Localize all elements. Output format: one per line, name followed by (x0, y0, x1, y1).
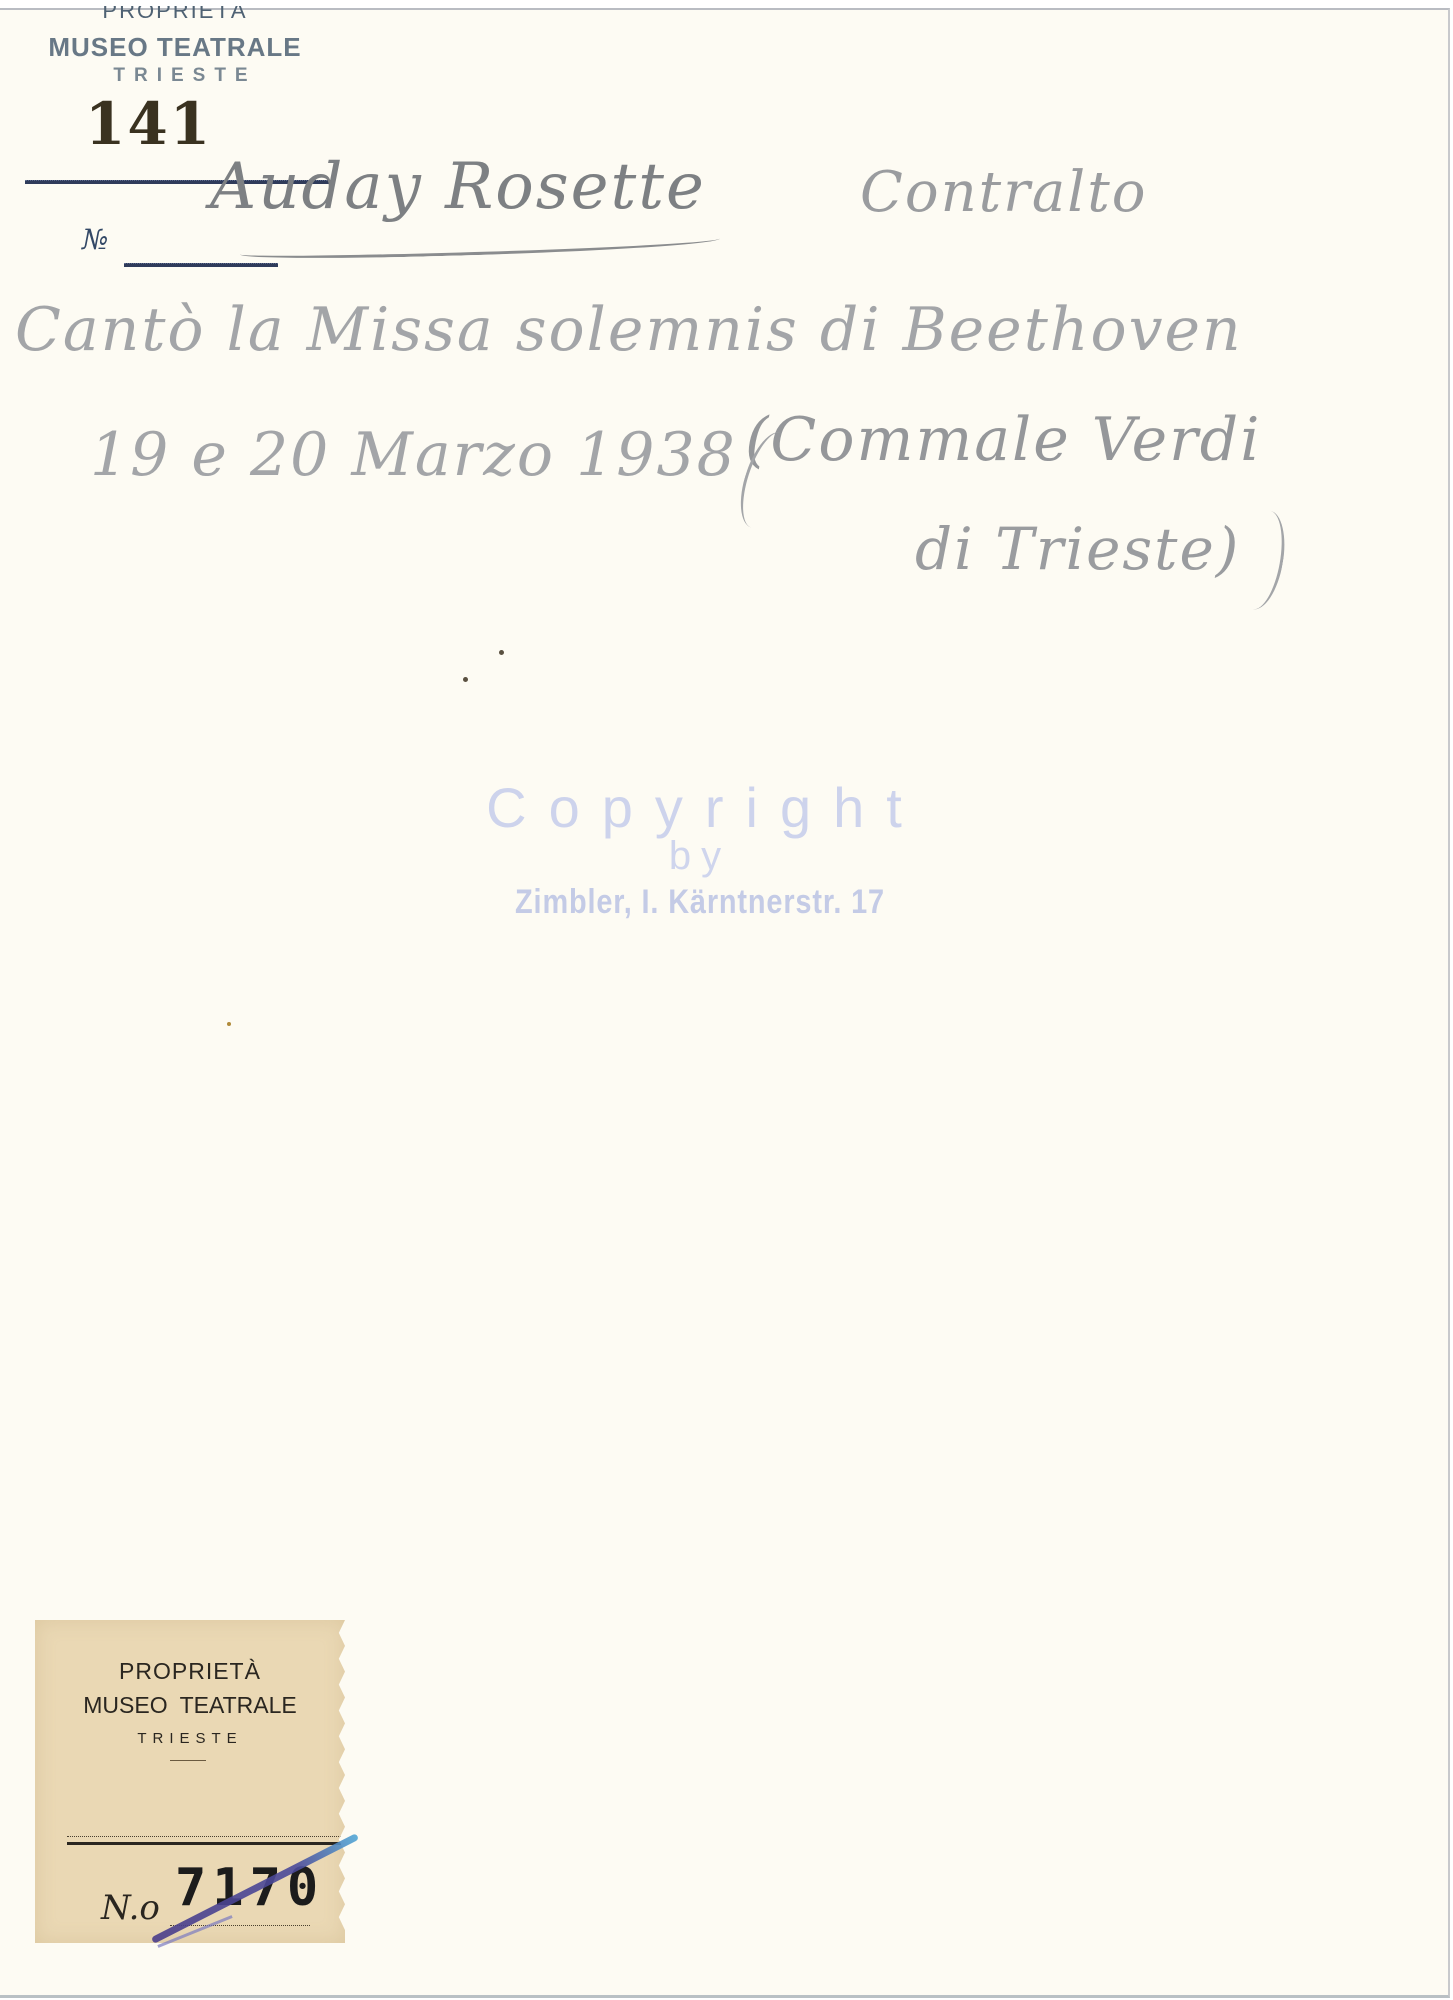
label-city: TRIESTE (35, 1730, 345, 1747)
stamp-museum-name: MUSEO TEATRALE (40, 32, 310, 63)
photo-verso-sheet: PROPRIETÀ MUSEO TEATRALE TRIESTE 141 № A… (0, 8, 1450, 1998)
handwritten-paren-close (1232, 507, 1292, 613)
name-underline-swash (240, 232, 720, 262)
handwritten-singer-name: Auday Rosette (210, 150, 706, 224)
paper-speck (463, 677, 468, 682)
copyright-word: Copyright (470, 775, 940, 840)
label-museum-name: MUSEO TEATRALE (35, 1692, 345, 1719)
handwritten-venue-line1: (Commale Verdi (745, 405, 1261, 475)
stamp-city: TRIESTE (60, 65, 310, 87)
stamp-proprieta-cut: PROPRIETÀ (40, 6, 310, 18)
label-dotted-rule (67, 1836, 341, 1837)
handwritten-paren-open (731, 426, 803, 534)
museum-ownership-stamp-top: PROPRIETÀ MUSEO TEATRALE TRIESTE (40, 10, 310, 87)
label-short-rule (170, 1760, 206, 1761)
photographer-copyright-stamp: Copyright by Zimbler, I. Kärntnerstr. 17 (460, 775, 940, 922)
photographer-address: Zimbler, I. Kärntnerstr. 17 (496, 883, 904, 922)
handwritten-dates: 19 e 20 Marzo 1938 (90, 420, 737, 490)
museum-property-label: PROPRIETÀ MUSEO TEATRALE TRIESTE N.o 717… (35, 1620, 345, 1943)
copyright-by: by (460, 834, 940, 879)
number-field-label: № (82, 223, 109, 256)
paper-speck (227, 1022, 231, 1026)
paper-speck (499, 650, 504, 655)
handwritten-voice-type: Contralto (860, 160, 1147, 225)
label-solid-rule (67, 1842, 341, 1845)
printed-rule-number (124, 263, 278, 267)
handwritten-performance-note: Cantò la Missa solemnis di Beethoven (15, 295, 1243, 365)
label-proprieta: PROPRIETÀ (35, 1658, 345, 1685)
label-number-line (170, 1925, 310, 1926)
handwritten-venue-line2: di Trieste) (915, 515, 1240, 583)
inventory-number: 141 (85, 90, 212, 158)
label-number-prefix: N.o (101, 1888, 160, 1928)
